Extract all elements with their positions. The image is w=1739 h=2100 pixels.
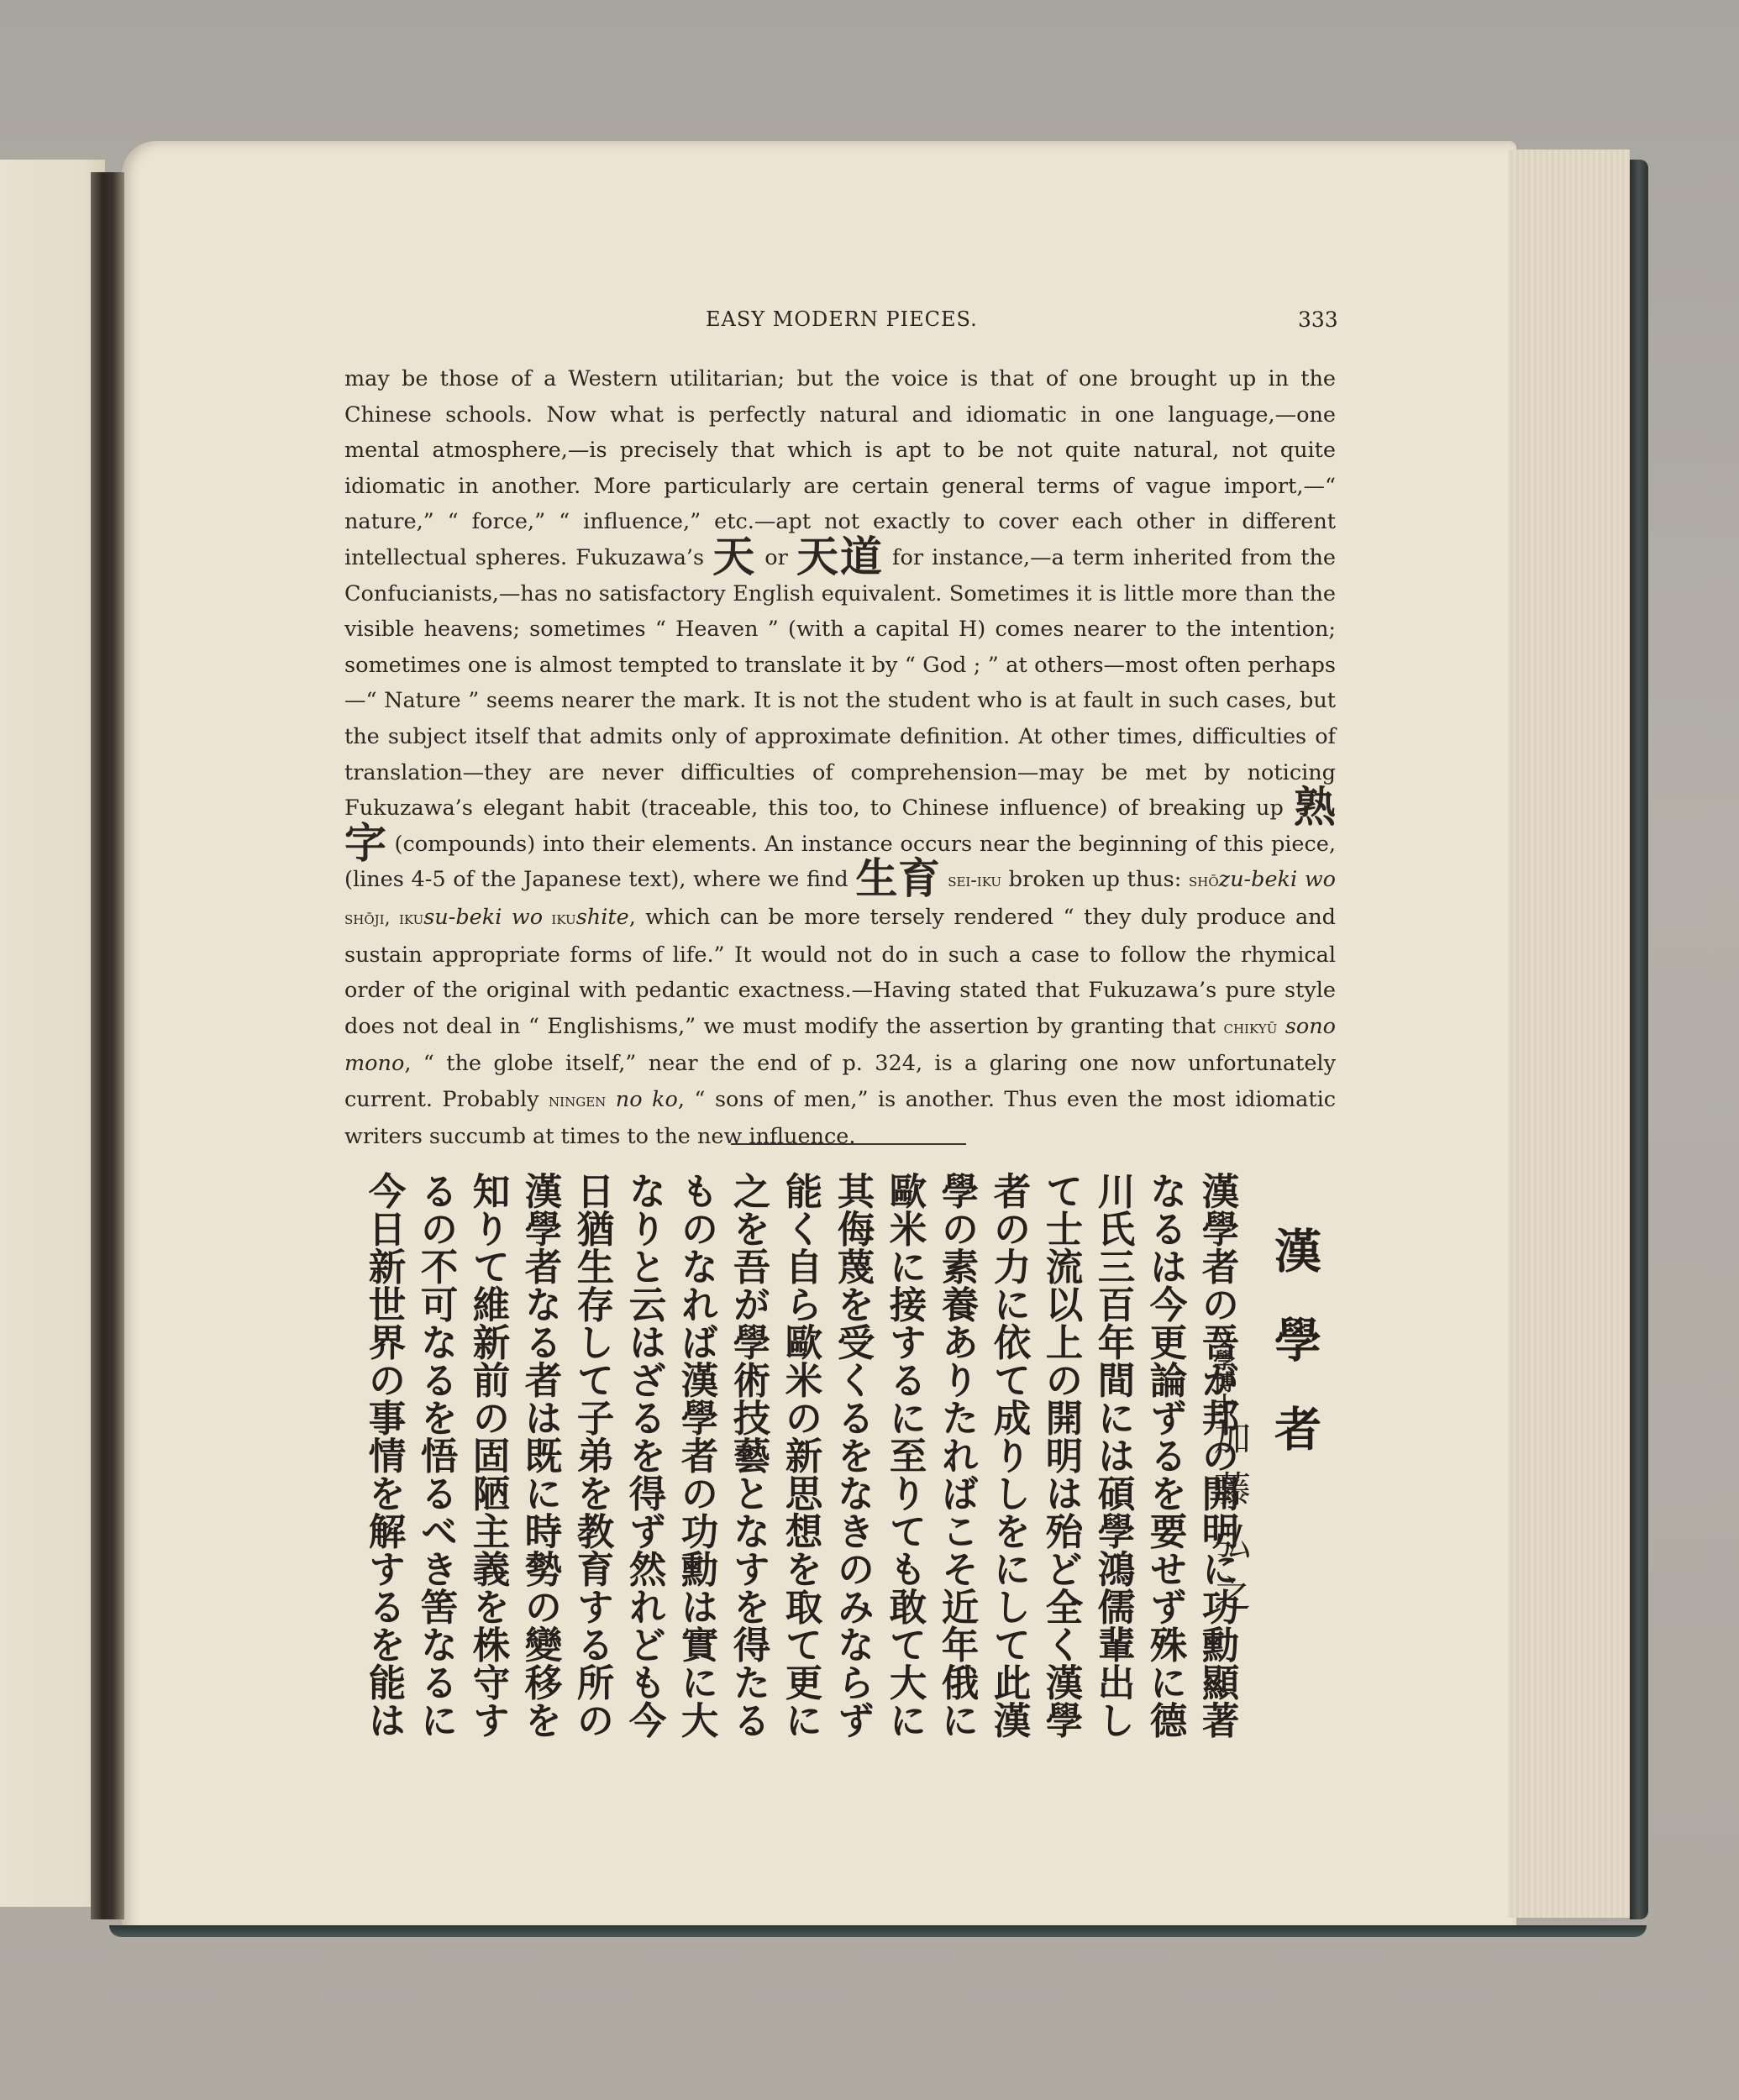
jp-column: 其侮蔑を受くるをなきのみならず xyxy=(826,1172,878,1743)
jp-column: ものなれば漢學者の功勳は實に大 xyxy=(670,1172,722,1743)
book-gutter xyxy=(91,172,124,1919)
kanji-seiiku: 生育 xyxy=(855,854,940,903)
kanji-tendo: 天道 xyxy=(796,533,884,581)
japanese-piece-title: 漢學者 xyxy=(1260,1226,1327,1494)
jp-column: るの不可なるを悟るべき筈なるに xyxy=(409,1172,461,1743)
jp-column: 漢學者なる者は既に時勢の變移を xyxy=(513,1172,565,1743)
jp-column: 者の力に依て成りしをにして此漢 xyxy=(982,1172,1034,1743)
page-number: 333 xyxy=(1298,307,1338,332)
jp-column: 之を吾が學術技藝となすを得たる xyxy=(722,1172,774,1743)
jp-column: 今日新世界の事情を解するを能は xyxy=(357,1172,409,1743)
jp-column: 川氏三百年間には碩學鴻儒輩出し xyxy=(1086,1172,1138,1743)
jp-column: て士流以上の開明は殆ど全く漢學 xyxy=(1034,1172,1086,1743)
book-cover-edge xyxy=(1630,160,1648,1919)
jp-column: 歐米に接するに至りても敢て大に xyxy=(878,1172,930,1743)
commentary-paragraph: may be those of a Western utilitarian; b… xyxy=(344,361,1336,1155)
page-block-edges xyxy=(1508,150,1630,1918)
book-bottom-edge xyxy=(109,1925,1647,1937)
jp-column: 學の素養ありたればこそ近年俄に xyxy=(930,1172,982,1743)
section-divider-rule xyxy=(731,1143,966,1145)
running-head: EASY MODERN PIECES. xyxy=(706,307,978,331)
japanese-text-block: 漢學者の吾が邦の開明に功勳顯著 なるは今更論ずるを要せず殊に德 川氏三百年間には… xyxy=(357,1172,1243,1743)
kanji-ten: 天 xyxy=(712,533,756,581)
jp-column: なるは今更論ずるを要せず殊に德 xyxy=(1138,1172,1190,1743)
jp-column: 漢學者の吾が邦の開明に功勳顯著 xyxy=(1190,1172,1243,1743)
jp-column: なりと云はざるを得ず然れども今 xyxy=(617,1172,670,1743)
jp-column: 知りて維新前の固陋主義を株守す xyxy=(461,1172,513,1743)
jp-column: 能く自ら歐米の新思想を取て更に xyxy=(774,1172,826,1743)
jp-column: 日猶生存して子弟を教育する所の xyxy=(565,1172,617,1743)
english-commentary: may be those of a Western utilitarian; b… xyxy=(344,361,1336,1155)
left-page xyxy=(0,160,105,1907)
